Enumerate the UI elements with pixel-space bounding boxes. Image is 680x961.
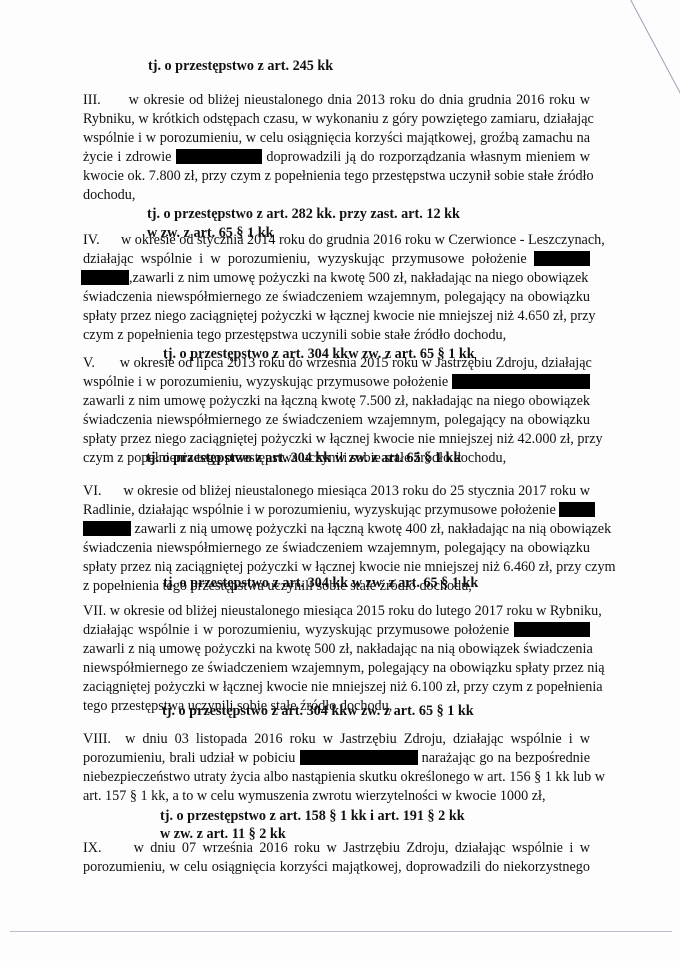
section-line: VI. w okresie od bliżej nieustalonego mi… xyxy=(83,483,590,500)
section-line: zaciągniętej pożyczki w łącznej kwocie n… xyxy=(83,679,590,696)
section-line: wspólnie i w porozumieniu, w celu osiągn… xyxy=(83,130,590,147)
section-line: VIII. w dniu 03 listopada 2016 roku w Ja… xyxy=(83,731,590,748)
section-line: niebezpieczeństwo utraty życia albo nast… xyxy=(83,769,590,786)
redaction-box xyxy=(452,374,590,389)
section-line: ,zawarli z nim umowę pożyczki na kwotę 5… xyxy=(81,270,588,287)
section-line: IX. w dniu 07 września 2016 roku w Jastr… xyxy=(83,840,590,857)
section-line: porozumieniu, w celu osiągnięcia korzyśc… xyxy=(83,859,590,876)
section-line: kwocie ok. 7.800 zł, przy czym z popełni… xyxy=(83,168,590,185)
section-line: wspólnie i w porozumieniu, wyzyskując pr… xyxy=(83,374,590,391)
redaction-box xyxy=(81,270,129,285)
section-line: działając wspólnie i w porozumieniu, wyz… xyxy=(83,251,590,268)
redaction-box xyxy=(514,622,590,637)
pen-mark xyxy=(628,0,680,104)
section-line: zawarli z nią umowę pożyczki na kwotę 50… xyxy=(83,641,590,658)
charge: tj. o przestępstwo z art. 282 kk. przy z… xyxy=(147,206,460,223)
section-line: świadczenia niewspółmiernego ze świadcze… xyxy=(83,540,590,557)
section-line: Radlinie, działając wspólnie i w porozum… xyxy=(83,502,590,519)
section-line: spłaty przez niego zaciągniętej pożyczki… xyxy=(83,431,590,448)
section-line: Rybniku, w krótkich odstępach czasu, w w… xyxy=(83,111,590,128)
redaction-box xyxy=(176,149,262,164)
section-line: V. w okresie od lipca 2013 roku do wrześ… xyxy=(83,355,590,372)
section-line: IV. w okresie od stycznia 2014 roku do g… xyxy=(83,232,590,249)
redaction-box xyxy=(83,521,131,536)
charge: tj. o przestępstwo z art. 304 kk w zw. z… xyxy=(163,575,478,592)
section-line: życie i zdrowie doprowadzili ją do rozpo… xyxy=(83,149,590,166)
section-line: VII. w okresie od bliżej nieustalonego m… xyxy=(83,603,590,620)
redaction-box xyxy=(559,502,595,517)
charge: tj. o przestępstwo z art. 304 kkw zw. z … xyxy=(162,703,474,720)
redaction-box xyxy=(300,750,418,765)
section-line: świadczenia niewspółmiernego ze świadcze… xyxy=(83,412,590,429)
page-edge-line xyxy=(10,931,672,932)
section-line: niewspółmiernego ze świadczeniem wzajemn… xyxy=(83,660,590,677)
section-line: czym z popełnienia tego przestępstwa ucz… xyxy=(83,327,590,344)
section-line: porozumieniu, brali udział w pobiciu nar… xyxy=(83,750,590,767)
section-line: świadczenia niewspółmiernego ze świadcze… xyxy=(83,289,590,306)
redaction-box xyxy=(534,251,590,266)
section-line: spłaty przez nią zaciągniętej pożyczki w… xyxy=(83,559,590,576)
charge: tj. o przestępstwo z art. 304 kk w zw. z… xyxy=(146,450,461,467)
charge: tj. o przestępstwo z art. 158 § 1 kk i a… xyxy=(160,808,465,825)
section-line: spłaty przez niego zaciągniętej pożyczki… xyxy=(83,308,590,325)
section-line: art. 157 § 1 kk, a to w celu wymuszenia … xyxy=(83,788,590,805)
section-line: działając wspólnie i w porozumieniu, wyz… xyxy=(83,622,590,639)
section-line: zawarli z nim umowę pożyczki na łączną k… xyxy=(83,393,590,410)
section-line: dochodu, xyxy=(83,187,590,204)
section-line: zawarli z nią umowę pożyczki na łączną k… xyxy=(83,521,590,538)
charge-top: tj. o przestępstwo z art. 245 kk xyxy=(148,58,333,75)
section-line: III. w okresie od bliżej nieustalonego d… xyxy=(83,92,590,109)
document-page: tj. o przestępstwo z art. 245 kk III. w … xyxy=(0,0,680,961)
